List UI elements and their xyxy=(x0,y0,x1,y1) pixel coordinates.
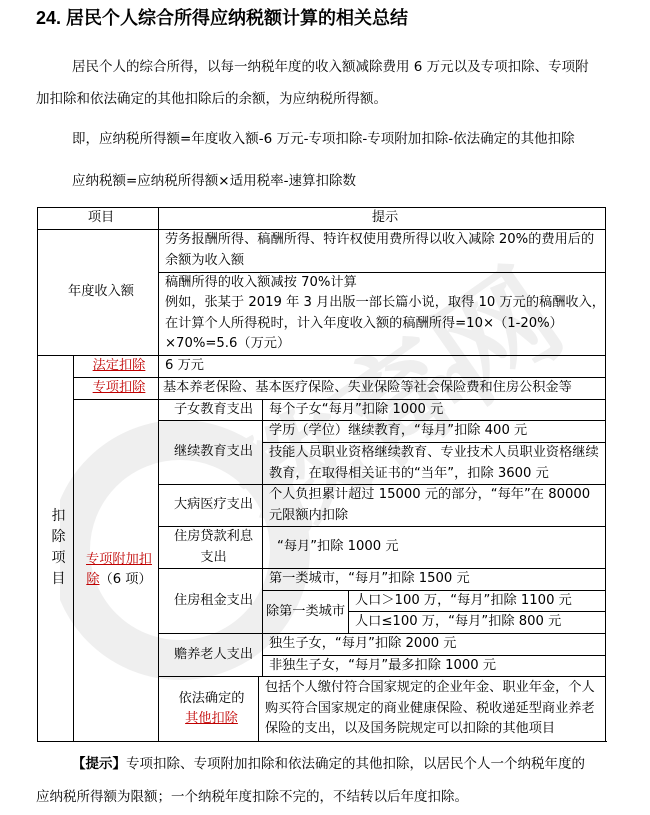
table-row: 扣除项目 法定扣除 6 万元 xyxy=(38,355,606,377)
elderly-support-label: 赡养老人支出 xyxy=(159,633,263,677)
mortgage-interest-label: 住房贷款利息支出 xyxy=(159,527,263,569)
additional-deduction-label: 专项附加扣除（6 项） xyxy=(74,399,159,742)
special-deduction-value: 基本养老保险、基本医疗保险、失业保险等社会保险费和住房公积金等 xyxy=(159,377,606,399)
deduction-summary-table: 项目 提示 年度收入额 劳务报酬所得、稿酬所得、特许权使用费所得以收入减除 20… xyxy=(37,207,606,742)
other-deduction-label: 依法确定的 其他扣除 xyxy=(159,677,259,742)
deductions-label-text: 扣除项目 xyxy=(52,506,66,590)
rent-small-city-value: 人口≤100 万，“每月”扣除 800 元 xyxy=(349,612,606,634)
royalty-rule: 稿酬所得的收入额减按 70%计算 xyxy=(165,273,605,294)
elderly-only-child-value: 独生子女，“每月”扣除 2000 元 xyxy=(263,633,606,655)
mortgage-interest-value: “每月”扣除 1000 元 xyxy=(263,527,606,569)
income-label: 年度收入额 xyxy=(38,229,159,355)
serious-illness-value: 个人负担累计超过 15000 元的部分，“每年”在 80000 元限额内扣除 xyxy=(263,485,606,527)
continuing-education-label: 继续教育支出 xyxy=(159,421,263,485)
income-rule-royalty: 稿酬所得的收入额减按 70%计算 例如，张某于 2019 年 3 月出版一部长篇… xyxy=(159,272,606,355)
table-header-row: 项目 提示 xyxy=(38,208,606,230)
tip-line2: 应纳税所得额为限额；一个纳税年度扣除不完的，不结转以后年度扣除。 xyxy=(36,787,468,807)
deductions-label: 扣除项目 xyxy=(38,355,74,742)
rent-label: 住房租金支出 xyxy=(159,569,263,634)
other-deduction-label-line1: 依法确定的 xyxy=(165,689,258,710)
special-deduction-link[interactable]: 专项扣除 xyxy=(93,380,146,395)
tip-label: 【提示】 xyxy=(72,756,126,772)
rent-other-cities-label: 除第一类城市 xyxy=(263,590,349,633)
elderly-non-only-child-value: 非独生子女，“每月”最多扣除 1000 元 xyxy=(263,655,606,677)
tax-payable-formula: 应纳税额=应纳税所得额×适用税率-速算扣除数 xyxy=(72,171,356,191)
children-education-value: 每个子女“每月”扣除 1000 元 xyxy=(263,399,606,421)
continuing-education-degree: 学历（学位）继续教育，“每月”扣除 400 元 xyxy=(263,421,606,443)
statutory-deduction-label[interactable]: 法定扣除 xyxy=(74,355,159,377)
intro-paragraph-line1: 居民个人的综合所得，以每一纳税年度的收入额减除费用 6 万元以及专项扣除、专项附 xyxy=(72,57,589,77)
continuing-education-certificate: 技能人员职业资格继续教育、专业技术人员职业资格继续教育，在取得相关证书的“当年”… xyxy=(263,443,606,485)
taxable-income-formula: 即，应纳税所得额=年度收入额-6 万元-专项扣除-专项附加扣除-依法确定的其他扣… xyxy=(72,129,575,149)
header-item: 项目 xyxy=(38,208,159,230)
table-row: 专项附加扣除（6 项） 子女教育支出 每个子女“每月”扣除 1000 元 xyxy=(38,399,606,421)
tip-line1: 【提示】专项扣除、专项附加扣除和依法确定的其他扣除，以居民个人一个纳税年度的 xyxy=(72,754,585,774)
other-deduction-value: 包括个人缴付符合国家规定的企业年金、职业年金，个人购买符合国家规定的商业健康保险… xyxy=(259,677,606,742)
table-row: 年度收入额 劳务报酬所得、稿酬所得、特许权使用费所得以收入减除 20%的费用后的… xyxy=(38,229,606,272)
royalty-example: 例如，张某于 2019 年 3 月出版一部长篇小说，取得 10 万元的稿酬收入，… xyxy=(165,293,605,355)
income-rule-20pct: 劳务报酬所得、稿酬所得、特许权使用费所得以收入减除 20%的费用后的余额为收入额 xyxy=(159,229,606,272)
statutory-deduction-value: 6 万元 xyxy=(159,355,606,377)
rent-tier1-value: 第一类城市，“每月”扣除 1500 元 xyxy=(263,569,606,591)
other-deduction-link[interactable]: 其他扣除 xyxy=(185,711,238,726)
children-education-label: 子女教育支出 xyxy=(159,399,263,421)
page-title: 24. 居民个人综合所得应纳税额计算的相关总结 xyxy=(36,4,408,30)
table-row: 专项扣除 基本养老保险、基本医疗保险、失业保险等社会保险费和住房公积金等 xyxy=(38,377,606,399)
statutory-deduction-link[interactable]: 法定扣除 xyxy=(93,358,146,373)
header-hint: 提示 xyxy=(159,208,606,230)
additional-deduction-count: （6 项） xyxy=(100,572,152,587)
tip-text-line1: 专项扣除、专项附加扣除和依法确定的其他扣除，以居民个人一个纳税年度的 xyxy=(126,756,585,772)
intro-paragraph-line2: 加扣除和依法确定的其他扣除后的余额，为应纳税所得额。 xyxy=(36,89,387,109)
special-deduction-label[interactable]: 专项扣除 xyxy=(74,377,159,399)
mortgage-interest-label-text: 住房贷款利息支出 xyxy=(165,527,262,568)
serious-illness-label: 大病医疗支出 xyxy=(159,485,263,527)
rent-large-city-value: 人口＞100 万，“每月”扣除 1100 元 xyxy=(349,590,606,612)
